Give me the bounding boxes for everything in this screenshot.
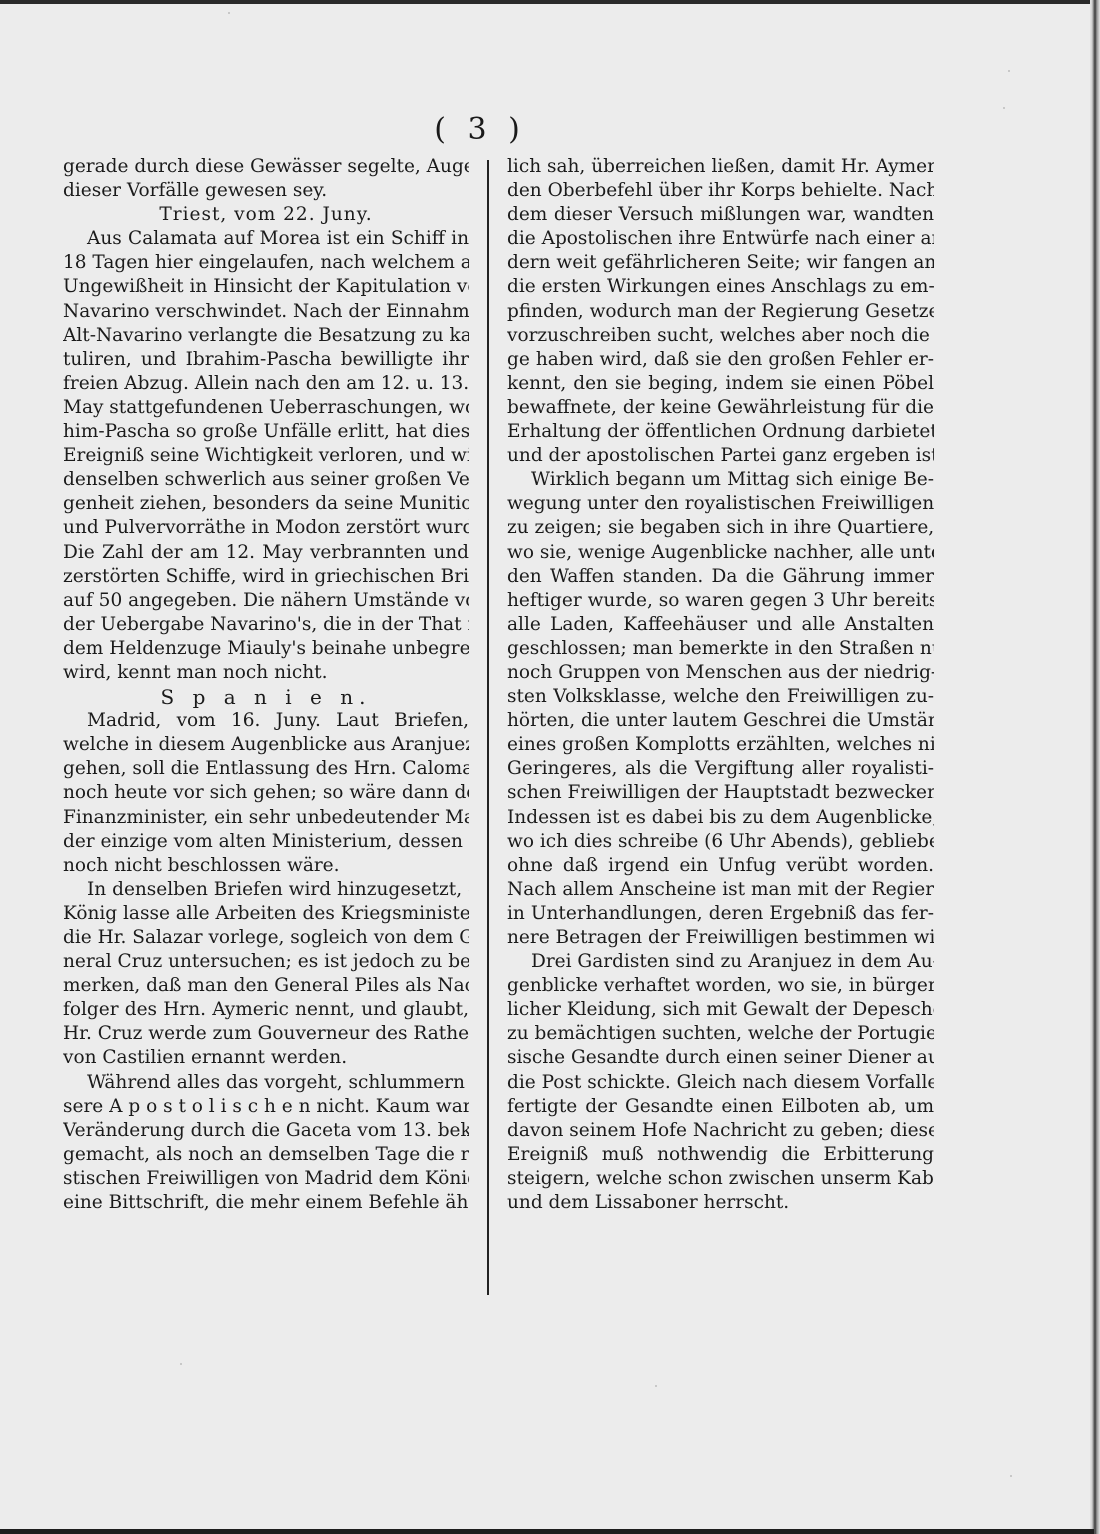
text-line: genblicke verhaftet worden, wo sie, in b… bbox=[507, 974, 934, 998]
text-line: wird, kennt man noch nicht. bbox=[63, 661, 469, 685]
text-line: eine Bittschrift, die mehr einem Befehle… bbox=[63, 1191, 469, 1215]
text-line: Während alles das vorgeht, schlummern un… bbox=[63, 1071, 469, 1095]
text-line: fertigte der Gesandte einen Eilboten ab,… bbox=[507, 1095, 934, 1119]
text-line: hörten, die unter lautem Geschrei die Um… bbox=[507, 709, 934, 733]
scan-speck bbox=[228, 12, 230, 14]
text-line: licher Kleidung, sich mit Gewalt der Dep… bbox=[507, 998, 934, 1022]
text-line: eines großen Komplotts erzählten, welche… bbox=[507, 733, 934, 757]
column-divider bbox=[487, 160, 489, 1295]
page-right-edge bbox=[1090, 0, 1100, 1534]
text-line: vorzuschreiben sucht, welches aber noch … bbox=[507, 324, 934, 348]
text-line: dem Heldenzuge Miauly's beinahe unbegrei… bbox=[63, 637, 469, 661]
text-line: folger des Hrn. Aymeric nennt, und glaub… bbox=[63, 998, 469, 1022]
text-line: heftiger wurde, so waren gegen 3 Uhr ber… bbox=[507, 589, 934, 613]
text-line: die Post schickte. Gleich nach diesem Vo… bbox=[507, 1071, 934, 1095]
text-line: davon seinem Hofe Nachricht zu geben; di… bbox=[507, 1119, 934, 1143]
scan-speck bbox=[655, 1385, 657, 1387]
text-line: lich sah, überreichen ließen, damit Hr. … bbox=[507, 155, 934, 179]
text-line: dem dieser Versuch mißlungen war, wandte… bbox=[507, 203, 934, 227]
text-line: noch nicht beschlossen wäre. bbox=[63, 854, 469, 878]
text-line: bewaffnete, der keine Gewährleistung für… bbox=[507, 396, 934, 420]
text-line: alle Laden, Kaffeehäuser und alle Anstal… bbox=[507, 613, 934, 637]
text-line: gerade durch diese Gewässer segelte, Aug… bbox=[63, 155, 469, 179]
page-top-edge bbox=[0, 0, 1094, 4]
text-line: der einzige vom alten Ministerium, desse… bbox=[63, 830, 469, 854]
text-line: Drei Gardisten sind zu Aranjuez in dem A… bbox=[507, 950, 934, 974]
text-line: steigern, welche schon zwischen unserm K… bbox=[507, 1167, 934, 1191]
text-line: tuliren, und Ibrahim-Pascha bewilligte i… bbox=[63, 348, 469, 372]
text-line: Navarino verschwindet. Nach der Einnahme… bbox=[63, 300, 469, 324]
text-line: In denselben Briefen wird hinzugesetzt, … bbox=[63, 878, 469, 902]
text-line: Geringeres, als die Vergiftung aller roy… bbox=[507, 757, 934, 781]
text-line: und der apostolischen Partei ganz ergebe… bbox=[507, 444, 934, 468]
text-line: Erhaltung der öffentlichen Ordnung darbi… bbox=[507, 420, 934, 444]
text-line: in Unterhandlungen, deren Ergebniß das f… bbox=[507, 902, 934, 926]
text-line: den Oberbefehl über ihr Korps behielte. … bbox=[507, 179, 934, 203]
text-line: von Castilien ernannt werden. bbox=[63, 1046, 469, 1070]
scan-speck bbox=[1010, 1475, 1012, 1477]
text-line: merken, daß man den General Piles als Na… bbox=[63, 974, 469, 998]
text-line: gemacht, als noch an demselben Tage die … bbox=[63, 1143, 469, 1167]
text-line: Ungewißheit in Hinsicht der Kapitulation… bbox=[63, 275, 469, 299]
scan-speck bbox=[1003, 107, 1005, 109]
page-bottom-edge bbox=[0, 1529, 1094, 1534]
text-line: Finanzminister, ein sehr unbedeutender M… bbox=[63, 806, 469, 830]
text-line: dieser Vorfälle gewesen sey. bbox=[63, 179, 469, 203]
text-line: noch heute vor sich gehen; so wäre dann … bbox=[63, 781, 469, 805]
text-line: kennt, den sie beging, indem sie einen P… bbox=[507, 372, 934, 396]
section-heading: S p a n i e n. bbox=[63, 685, 469, 709]
text-line: Die Zahl der am 12. May verbrannten und bbox=[63, 541, 469, 565]
scan-speck bbox=[1008, 70, 1010, 72]
text-line: Ereigniß seine Wichtigkeit verloren, und… bbox=[63, 444, 469, 468]
text-line: wo sie, wenige Augenblicke nachher, alle… bbox=[507, 541, 934, 565]
text-line: pfinden, wodurch man der Regierung Geset… bbox=[507, 300, 934, 324]
text-line: him-Pascha so große Unfälle erlitt, hat … bbox=[63, 420, 469, 444]
text-line: die Hr. Salazar vorlege, sogleich von de… bbox=[63, 926, 469, 950]
dateline: Triest, vom 22. Juny. bbox=[63, 203, 469, 227]
text-line: die ersten Wirkungen eines Anschlags zu … bbox=[507, 275, 934, 299]
scan-speck bbox=[180, 1363, 182, 1365]
text-line: nere Betragen der Freiwilligen bestimmen… bbox=[507, 926, 934, 950]
text-line: ohne daß irgend ein Unfug verübt worden. bbox=[507, 854, 934, 878]
text-line: noch Gruppen von Menschen aus der niedri… bbox=[507, 661, 934, 685]
text-line: schen Freiwilligen der Hauptstadt bezwec… bbox=[507, 781, 934, 805]
newspaper-page: ( 3 ) gerade durch diese Gewässer segelt… bbox=[0, 0, 1100, 1534]
text-line: geschlossen; man bemerkte in den Straßen… bbox=[507, 637, 934, 661]
text-line: sische Gesandte durch einen seiner Diene… bbox=[507, 1046, 934, 1070]
text-line: zu zeigen; sie begaben sich in ihre Quar… bbox=[507, 516, 934, 540]
text-line: Alt-Navarino verlangte die Besatzung zu … bbox=[63, 324, 469, 348]
right-column: lich sah, überreichen ließen, damit Hr. … bbox=[507, 155, 934, 1215]
text-line: gehen, soll die Entlassung des Hrn. Calo… bbox=[63, 757, 469, 781]
text-line: den Waffen standen. Da die Gährung immer bbox=[507, 565, 934, 589]
text-line: Veränderung durch die Gaceta vom 13. bek… bbox=[63, 1119, 469, 1143]
text-line: Wirklich begann um Mittag sich einige Be… bbox=[507, 468, 934, 492]
text-line: ge haben wird, daß sie den großen Fehler… bbox=[507, 348, 934, 372]
text-line: dern weit gefährlicheren Seite; wir fang… bbox=[507, 251, 934, 275]
text-line: Ereigniß muß nothwendig die Erbitterung bbox=[507, 1143, 934, 1167]
text-line: Nach allem Anscheine ist man mit der Reg… bbox=[507, 878, 934, 902]
page-number: ( 3 ) bbox=[430, 112, 530, 147]
text-line: sere A p o s t o l i s c h e n nicht. Ka… bbox=[63, 1095, 469, 1119]
text-line: welche in diesem Augenblicke aus Aranjue… bbox=[63, 733, 469, 757]
text-line: May stattgefundenen Ueberraschungen, wo … bbox=[63, 396, 469, 420]
text-line: denselben schwerlich aus seiner großen V… bbox=[63, 468, 469, 492]
left-column: gerade durch diese Gewässer segelte, Aug… bbox=[63, 155, 469, 1215]
text-line: Hr. Cruz werde zum Gouverneur des Rathes bbox=[63, 1022, 469, 1046]
text-line: neral Cruz untersuchen; es ist jedoch zu… bbox=[63, 950, 469, 974]
text-line: Madrid, vom 16. Juny. Laut Briefen, bbox=[63, 709, 469, 733]
text-line: zu bemächtigen suchten, welche der Portu… bbox=[507, 1022, 934, 1046]
text-line: 18 Tagen hier eingelaufen, nach welchem … bbox=[63, 251, 469, 275]
text-line: freien Abzug. Allein nach den am 12. u. … bbox=[63, 372, 469, 396]
text-line: die Apostolischen ihre Entwürfe nach ein… bbox=[507, 227, 934, 251]
text-line: und Pulvervorräthe in Modon zerstört wur… bbox=[63, 516, 469, 540]
text-line: wo ich dies schreibe (6 Uhr Abends), geb… bbox=[507, 830, 934, 854]
text-line: auf 50 angegeben. Die nähern Umstände vo… bbox=[63, 589, 469, 613]
text-line: Indessen ist es dabei bis zu dem Augenbl… bbox=[507, 806, 934, 830]
text-line: genheit ziehen, besonders da seine Munit… bbox=[63, 492, 469, 516]
text-line: wegung unter den royalistischen Freiwill… bbox=[507, 492, 934, 516]
text-line: König lasse alle Arbeiten des Kriegsmini… bbox=[63, 902, 469, 926]
text-line: zerstörten Schiffe, wird in griechischen… bbox=[63, 565, 469, 589]
text-line: Aus Calamata auf Morea ist ein Schiff in bbox=[63, 227, 469, 251]
text-line: der Uebergabe Navarino's, die in der Tha… bbox=[63, 613, 469, 637]
text-line: sten Volksklasse, welche den Freiwillige… bbox=[507, 685, 934, 709]
text-line: stischen Freiwilligen von Madrid dem Kön… bbox=[63, 1167, 469, 1191]
text-line: und dem Lissaboner herrscht. bbox=[507, 1191, 934, 1215]
